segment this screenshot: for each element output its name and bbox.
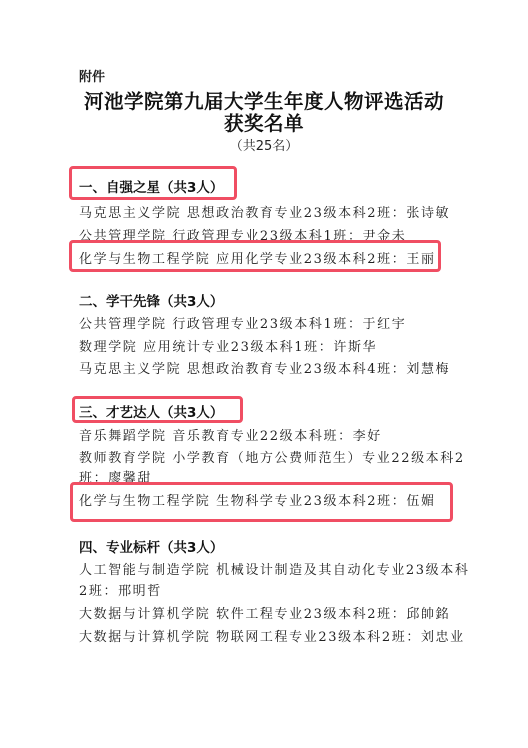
list-item: 马克思主义学院 思想政治教育专业23级本科2班：张诗敏	[79, 202, 450, 221]
list-item: 班：廖馨甜	[79, 467, 152, 486]
list-item: 化学与生物工程学院 应用化学专业23级本科2班：王丽	[79, 248, 436, 267]
list-item: 大数据与计算机学院 软件工程专业23级本科2班：邱帥銘	[79, 603, 450, 622]
list-item: 2班：邢明哲	[79, 580, 162, 599]
list-item: 数理学院 应用统计专业23级本科1班：许斯华	[79, 336, 377, 355]
list-item: 大数据与计算机学院 物联网工程专业23级本科2班：刘忠业	[79, 626, 465, 645]
document-title-line2: 获奖名单	[0, 108, 528, 136]
section-heading-talent: 三、才艺达人（共3人）	[79, 401, 223, 421]
list-item: 音乐舞蹈学院 音乐教育专业22级本科班：李好	[79, 425, 382, 444]
list-item: 公共管理学院 行政管理专业23级本科1班：尹金未	[79, 225, 406, 244]
list-item: 教师教育学院 小学教育（地方公费师范生）专业22级本科2	[79, 447, 465, 466]
list-item: 马克思主义学院 思想政治教育专业23级本科4班：刘慧梅	[79, 358, 450, 377]
document-page: 附件 河池学院第九届大学生年度人物评选活动 获奖名单 （共25名） 一、自强之星…	[0, 0, 528, 748]
list-item: 化学与生物工程学院 生物科学专业23级本科2班：伍媚	[79, 490, 436, 509]
section-heading-student-leader: 二、学干先锋（共3人）	[79, 290, 223, 310]
list-item: 人工智能与制造学院 机械设计制造及其自动化专业23级本科	[79, 559, 469, 578]
attachment-label: 附件	[79, 66, 105, 85]
document-subtitle: （共25名）	[0, 135, 528, 154]
list-item: 公共管理学院 行政管理专业23级本科1班：于红宇	[79, 313, 406, 332]
section-heading-major-benchmark: 四、专业标杆（共3人）	[79, 536, 223, 556]
section-heading-self-reliance: 一、自强之星（共3人）	[79, 176, 223, 196]
